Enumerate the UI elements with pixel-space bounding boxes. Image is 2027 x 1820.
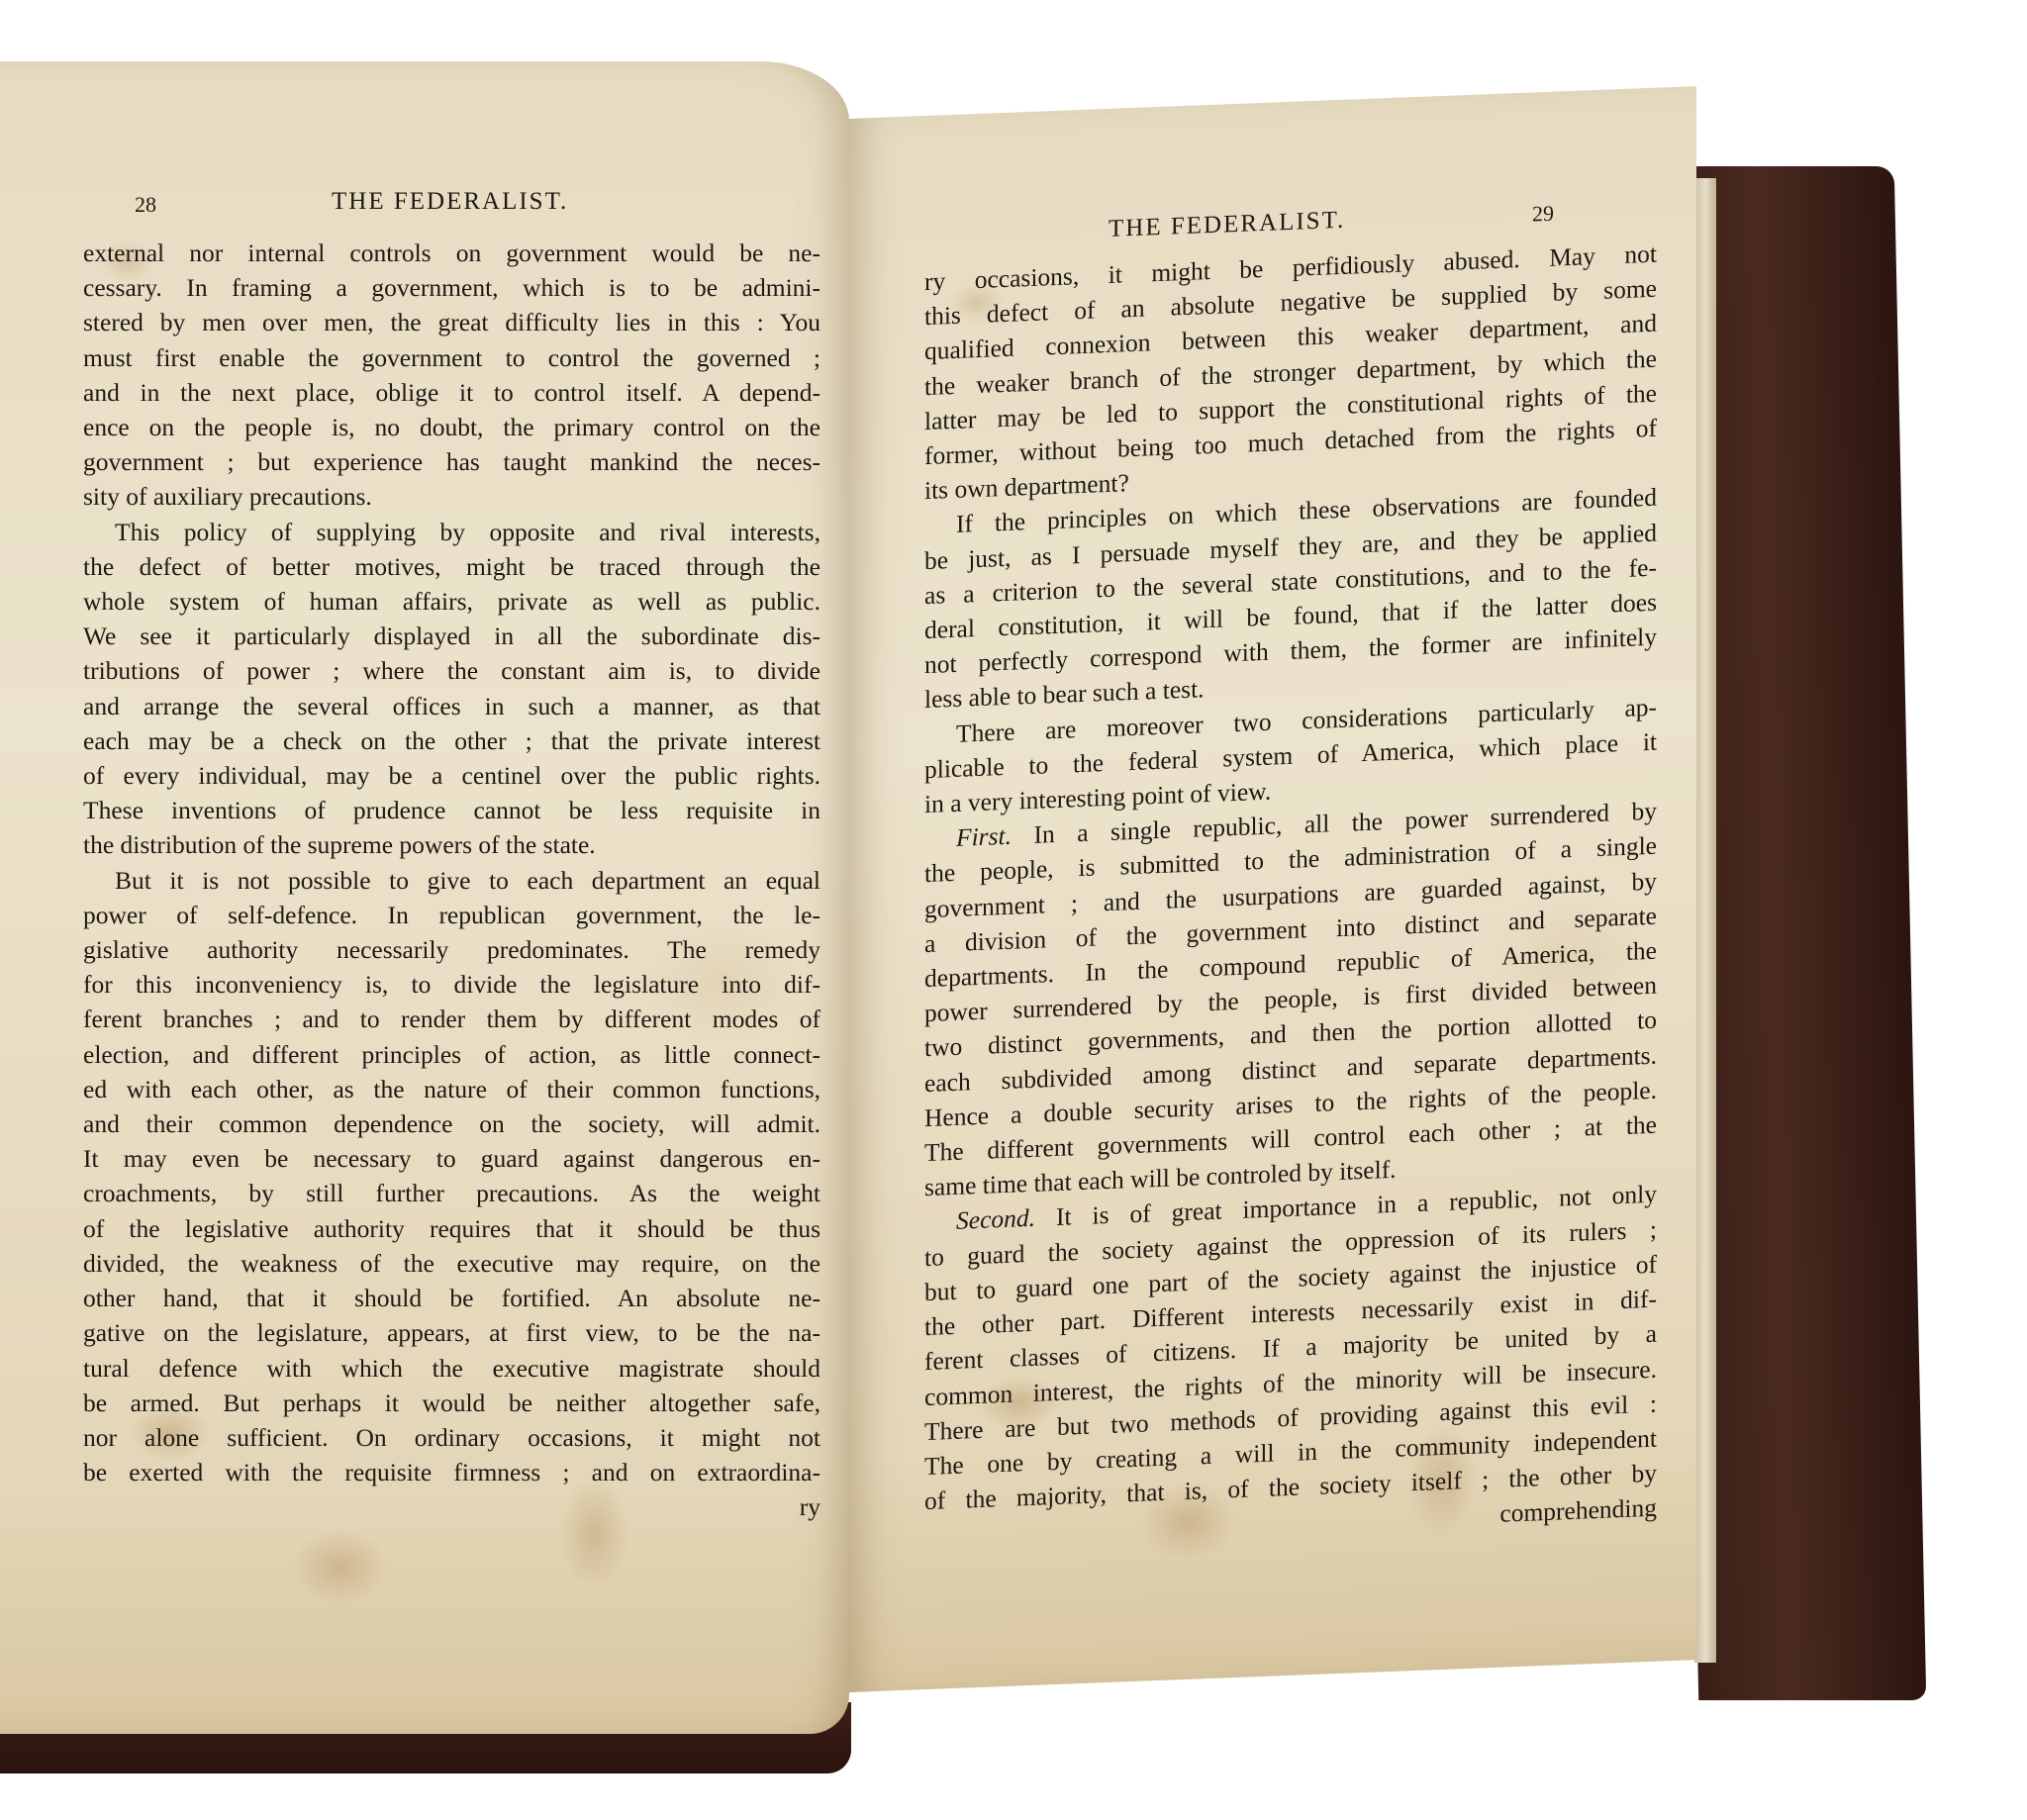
text-line: be armed. But perhaps it would be neithe… [83, 1386, 820, 1420]
text-line: gislative authority necessarily predomin… [83, 932, 820, 967]
right-page: THE FEDERALIST. 29 ry occasions, it migh… [849, 86, 1696, 1692]
text-line: croachments, by still further precaution… [83, 1176, 820, 1210]
text-line: and in the next place, oblige it to cont… [83, 375, 820, 410]
paragraph-start: This policy of supplying by opposite and… [83, 515, 820, 549]
page-number: 29 [1532, 201, 1554, 228]
text-line: of the legislative authority requires th… [83, 1211, 820, 1246]
paragraph-start: But it is not possible to give to each d… [83, 863, 820, 898]
text-line: stered by men over men, the great diffic… [83, 305, 820, 339]
text-line: each may be a check on the other ; that … [83, 723, 820, 758]
left-page: 28 THE FEDERALIST. external nor internal… [0, 61, 849, 1734]
text-line: other hand, that it should be fortified.… [83, 1281, 820, 1315]
text-line: of every individual, may be a centinel o… [83, 758, 820, 793]
open-book: 28 THE FEDERALIST. external nor internal… [0, 0, 2027, 1820]
text-line: divided, the weakness of the executive m… [83, 1246, 820, 1281]
text-line: and arrange the several offices in such … [83, 689, 820, 723]
right-page-text: ry occasions, it might be perfidiously a… [924, 237, 1657, 1554]
text-line: tributions of power ; where the constant… [83, 653, 820, 688]
text-line: election, and different principles of ac… [83, 1037, 820, 1072]
text-line: must first enable the government to cont… [83, 340, 820, 375]
text-line: be exerted with the requisite firmness ;… [83, 1455, 820, 1489]
text-line: for this inconveniency is, to divide the… [83, 967, 820, 1002]
text-line: sity of auxiliary precautions. [83, 479, 820, 514]
italic-lead-first: First. [956, 821, 1012, 852]
page-edges [1694, 178, 1716, 1663]
text-line: power of self-defence. In republican gov… [83, 898, 820, 932]
text-line: tural defence with which the executive m… [83, 1351, 820, 1386]
text-line: We see it particularly displayed in all … [83, 619, 820, 653]
text-line: the defect of better motives, might be t… [83, 549, 820, 584]
italic-lead-second: Second. [956, 1203, 1035, 1235]
text-line: cessary. In framing a government, which … [83, 270, 820, 305]
text-line: gative on the legislature, appears, at f… [83, 1315, 820, 1350]
running-head: THE FEDERALIST. [1109, 207, 1345, 243]
text-line: It may even be necessary to guard agains… [83, 1141, 820, 1176]
text-line: whole system of human affairs, private a… [83, 584, 820, 619]
text-line: external nor internal controls on govern… [83, 236, 820, 270]
left-page-text: external nor internal controls on govern… [83, 236, 820, 1525]
text-line: and their common dependence on the socie… [83, 1106, 820, 1141]
page-number: 28 [135, 192, 156, 218]
text-line: nor alone sufficient. On ordinary occasi… [83, 1420, 820, 1455]
text-line: ferent branches ; and to render them by … [83, 1002, 820, 1036]
text-line: These inventions of prudence cannot be l… [83, 793, 820, 827]
text-line: ed with each other, as the nature of the… [83, 1072, 820, 1106]
catchword: ry [83, 1489, 820, 1524]
text-line: the distribution of the supreme powers o… [83, 827, 820, 862]
running-head: THE FEDERALIST. [332, 188, 568, 216]
text-line: government ; but experience has taught m… [83, 444, 820, 479]
text-line: ence on the people is, no doubt, the pri… [83, 410, 820, 444]
